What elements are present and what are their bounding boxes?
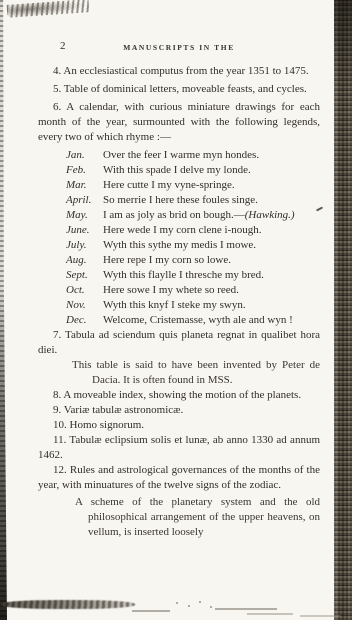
scan-edge-left xyxy=(0,0,7,620)
calendar-legend: Here wede I my corn clene i-nough. xyxy=(103,224,262,236)
calendar-row-oct: Oct.Here sowe I my whete so reed. xyxy=(38,283,320,298)
scan-streak xyxy=(215,608,277,610)
scan-speck xyxy=(210,606,212,608)
calendar-row-jan: Jan.Over the feer I warme myn hondes. xyxy=(38,148,320,163)
scan-streak xyxy=(247,613,293,615)
calendar-legend: Here repe I my corn so lowe. xyxy=(103,254,231,266)
calendar-row-june: June.Here wede I my corn clene i-nough. xyxy=(38,223,320,238)
entry-9: 9. Variæ tabulæ astronomicæ. xyxy=(38,403,320,418)
calendar-row-sept: Sept.Wyth this flaylle I thresche my bre… xyxy=(38,268,320,283)
calendar-row-dec: Dec.Welcome, Cristemasse, wyth ale and w… xyxy=(38,313,320,328)
calendar-legend: I am as joly as brid on bough.— xyxy=(103,209,245,221)
calendar-row-april: April.So merrie I here these foules sing… xyxy=(38,193,320,208)
scan-margin-right xyxy=(352,0,362,620)
calendar-row-nov: Nov.Wyth this knyf I steke my swyn. xyxy=(38,298,320,313)
scan-speck xyxy=(199,601,201,603)
calendar-row-feb: Feb.With this spade I delve my londe. xyxy=(38,163,320,178)
calendar-month: Nov. xyxy=(66,298,103,313)
calendar-month: April. xyxy=(66,193,103,208)
calendar-legend: With this spade I delve my londe. xyxy=(103,164,251,176)
calendar-legend: Here sowe I my whete so reed. xyxy=(103,284,239,296)
scan-speck xyxy=(176,602,178,604)
calendar-legend: Welcome, Cristemasse, wyth ale and wyn ! xyxy=(103,314,293,326)
scan-streak xyxy=(300,615,340,617)
calendar-row-july: July.Wyth this sythe my medis I mowe. xyxy=(38,238,320,253)
book-edge-right xyxy=(334,0,352,620)
calendar-month: Aug. xyxy=(66,253,103,268)
entry-6: 6. A calendar, with curious miniature dr… xyxy=(38,100,320,145)
calendar-legend: Wyth this sythe my medis I mowe. xyxy=(103,239,256,251)
book-edge-right-shadow xyxy=(334,0,352,90)
calendar-row-may: May.I am as joly as brid on bough.—(Hawk… xyxy=(38,208,320,223)
scan-speck xyxy=(188,605,190,607)
calendar-legend-note: (Hawking.) xyxy=(245,209,295,221)
entry-12: 12. Rules and astrological governances o… xyxy=(38,463,320,493)
calendar-month: Feb. xyxy=(66,163,103,178)
calendar-month: Dec. xyxy=(66,313,103,328)
calendar-month: June. xyxy=(66,223,103,238)
scanned-book-page: { "page": { "number": "2", "running_titl… xyxy=(0,0,362,620)
entry-7: 7. Tabula ad sciendum quis planeta regna… xyxy=(38,328,320,358)
page-content: 4. An ecclesiastical computus from the y… xyxy=(38,64,320,540)
calendar-month: Jan. xyxy=(66,148,103,163)
calendar-month: May. xyxy=(66,208,103,223)
calendar-row-mar: Mar.Here cutte I my vyne-springe. xyxy=(38,178,320,193)
running-title: MANUSCRIPTS IN THE xyxy=(38,43,320,52)
calendar-month: Sept. xyxy=(66,268,103,283)
entry-10: 10. Homo signorum. xyxy=(38,418,320,433)
footnote-peter-de-dacia: This table is said to have been invented… xyxy=(38,358,320,388)
entry-8: 8. A moveable index, showing the motion … xyxy=(38,388,320,403)
scan-streak xyxy=(132,610,170,612)
calendar-month: July. xyxy=(66,238,103,253)
scan-smudge-top-left xyxy=(7,0,90,18)
calendar-legend: Here cutte I my vyne-springe. xyxy=(103,179,235,191)
calendar-legend: Wyth this knyf I steke my swyn. xyxy=(103,299,246,311)
calendar-legend: Over the feer I warme myn hondes. xyxy=(103,149,259,161)
calendar-row-aug: Aug.Here repe I my corn so lowe. xyxy=(38,253,320,268)
calendar-month: Mar. xyxy=(66,178,103,193)
calendar-legend: So merrie I here these foules singe. xyxy=(103,194,258,206)
entry-11: 11. Tabulæ eclipsium solis et lunæ, ab a… xyxy=(38,433,320,463)
entry-5: 5. Table of dominical letters, moveable … xyxy=(38,82,320,97)
footnote-planetary-scheme: A scheme of the planetary system and the… xyxy=(38,495,320,540)
entry-4: 4. An ecclesiastical computus from the y… xyxy=(38,64,320,79)
calendar-month: Oct. xyxy=(66,283,103,298)
scan-smudge-bottom xyxy=(0,600,135,609)
calendar-legend: Wyth this flaylle I thresche my bred. xyxy=(103,269,264,281)
calendar-legend-list: Jan.Over the feer I warme myn hondes. Fe… xyxy=(38,148,320,328)
